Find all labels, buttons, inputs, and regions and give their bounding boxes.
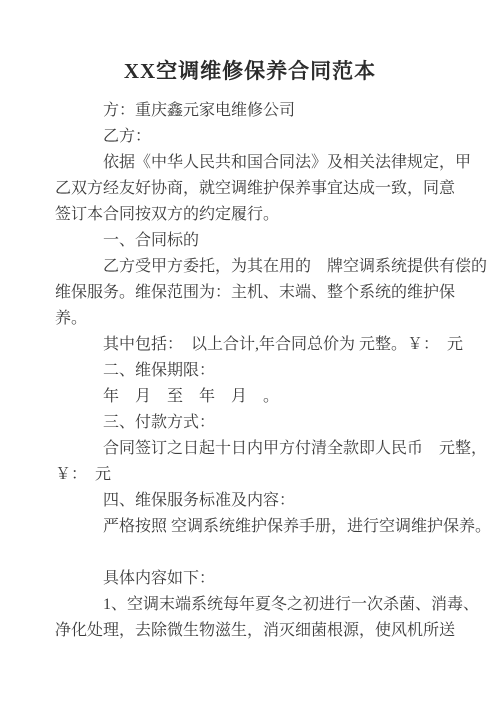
text-line: 四、维保服务标准及内容：	[55, 488, 445, 514]
text-line: 依据《中华人民共和国合同法》及相关法律规定，甲	[55, 150, 445, 176]
document-page: XX空调维修保养合同范本 方：重庆鑫元家电维修公司乙方：依据《中华人民共和国合同…	[0, 0, 500, 707]
document-title: XX空调维修保养合同范本	[55, 58, 445, 84]
text-line: 合同签订之日起十日内甲方付清全款即人民币 元整，	[55, 436, 445, 462]
document-viewport: { "colors": { "page_bg": "#ffffff", "tex…	[0, 0, 500, 707]
text-line: 签订本合同按双方的约定履行。	[55, 202, 445, 228]
text-line: 严格按照 空调系统维护保养手册，进行空调维护保养。	[55, 514, 445, 540]
text-line: 年 月 至 年 月 。	[55, 384, 445, 410]
text-line: 维保服务。维保范围为：主机、末端、整个系统的维护保	[55, 280, 445, 306]
text-line: 净化处理，去除微生物滋生，消灭细菌根源，使风机所送	[55, 618, 445, 644]
text-line: 其中包括： 以上合计,年合同总价为 元整。￥： 元	[55, 332, 445, 358]
text-line: 二、维保期限：	[55, 358, 445, 384]
text-line: 具体内容如下：	[55, 566, 445, 592]
text-line: 一、合同标的	[55, 228, 445, 254]
text-line: 养。	[55, 306, 445, 332]
text-line	[55, 540, 445, 566]
text-line: ￥： 元	[55, 462, 445, 488]
text-line: 方：重庆鑫元家电维修公司	[55, 98, 445, 124]
text-line: 乙方：	[55, 124, 445, 150]
text-line: 三、付款方式：	[55, 410, 445, 436]
text-line: 乙方受甲方委托，为其在用的 牌空调系统提供有偿的	[55, 254, 445, 280]
text-line: 1、空调末端系统每年夏冬之初进行一次杀菌、消毒、	[55, 592, 445, 618]
text-line: 乙双方经友好协商，就空调维护保养事宜达成一致，同意	[55, 176, 445, 202]
document-body: 方：重庆鑫元家电维修公司乙方：依据《中华人民共和国合同法》及相关法律规定，甲乙双…	[55, 98, 445, 644]
